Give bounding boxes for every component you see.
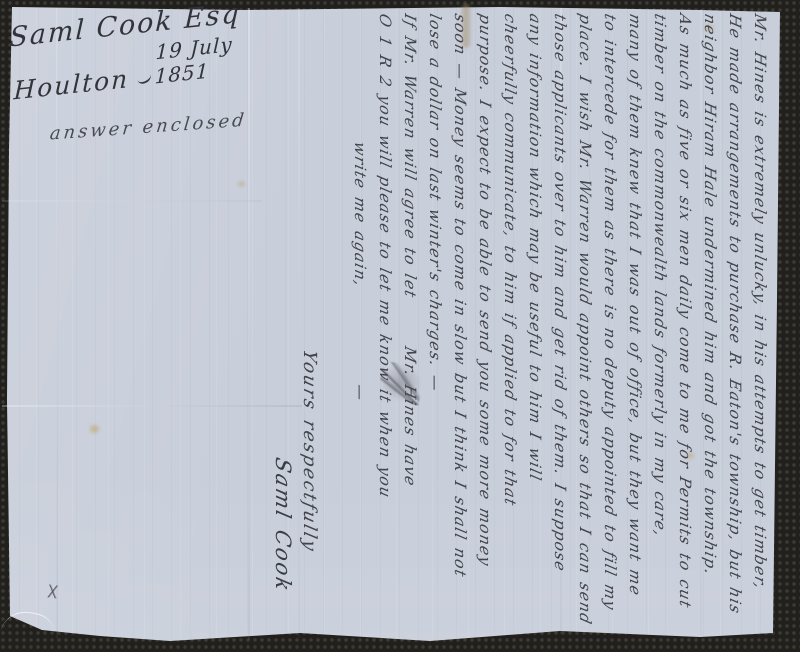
- fold-crease-horizontal: [2, 405, 302, 407]
- letter-line: any information which may be useful to h…: [520, 14, 545, 640]
- letter-line: place. I wish Mr. Warren would appoint o…: [570, 14, 595, 640]
- letter-line: lose a dollar on last winter's charges. …: [420, 14, 445, 640]
- letter-body: Mr. Hines is extremely unlucky, in his a…: [270, 14, 770, 640]
- letter-line: cheerfully communicate, to him if applie…: [495, 14, 520, 640]
- letter-line: purpose. I expect to be able to send you…: [470, 14, 495, 640]
- letter-line-text: lose a dollar on last winter's charges. …: [426, 12, 444, 394]
- letter-signature-text: Saml Cook: [271, 455, 295, 595]
- fold-crease-horizontal: [2, 200, 262, 202]
- letter-line: to intercede for them as there is no dep…: [595, 14, 620, 640]
- docket-place: Houlton: [13, 64, 130, 105]
- letter-line-text: those applicants over to him and get rid…: [551, 12, 569, 574]
- letter-line: many of them knew that I was out of offi…: [620, 14, 645, 640]
- letter-line-text: many of them knew that I was out of offi…: [626, 12, 644, 598]
- stain: [90, 425, 99, 433]
- scanned-letter: Saml Cook Esq Houlton 19 July 1851 answe…: [0, 0, 800, 652]
- letter-line: write me again, —: [345, 14, 370, 640]
- letter-line: those applicants over to him and get rid…: [545, 14, 570, 640]
- letter-line-text: soon — Money seems to come in slow but I…: [451, 12, 469, 579]
- letter-line: timber on the commonwealth lands formerl…: [645, 14, 670, 640]
- letter-line-text: place. I wish Mr. Warren would appoint o…: [576, 12, 594, 627]
- letter-line: If Mr. Warren will agree to let Mr. Hine…: [395, 14, 420, 640]
- letter-closing: Yours respectfully: [295, 14, 320, 640]
- letter-line: soon — Money seems to come in slow but I…: [445, 14, 470, 640]
- blank-line: [320, 14, 345, 640]
- letter-line-text: write me again, —: [351, 140, 369, 403]
- letter-signature: Saml Cook: [270, 14, 295, 640]
- letter-line-text: any information which may be useful to h…: [526, 12, 544, 483]
- letter-line: neighbor Hiram Hale undermined him and g…: [695, 14, 720, 640]
- letter-line-text: As much as five or six men daily come to…: [676, 12, 694, 610]
- letter-line-text: purpose. I expect to be able to send you…: [476, 12, 494, 569]
- letter-line: O 1 R 2 you will please to let me know i…: [370, 14, 395, 640]
- letter-closing-text: Yours respectfully: [299, 348, 320, 555]
- letter-line-text: He made arrangements to purchase R. Eato…: [726, 12, 744, 616]
- letter-line-text: neighbor Hiram Hale undermined him and g…: [701, 12, 719, 578]
- stain: [238, 181, 245, 187]
- letter-line: Mr. Hines is extremely unlucky, in his a…: [745, 14, 770, 640]
- letter-line-text: Mr. Hines is extremely unlucky, in his a…: [751, 12, 769, 592]
- letter-line: As much as five or six men daily come to…: [670, 14, 695, 640]
- letter-line: He made arrangements to purchase R. Eato…: [720, 14, 745, 640]
- letter-line-text: cheerfully communicate, to him if applie…: [501, 12, 519, 508]
- docket-date: 19 July 1851: [154, 27, 283, 91]
- letter-line-text: to intercede for them as there is no dep…: [601, 12, 619, 613]
- letter-line-text: O 1 R 2 you will please to let me know i…: [376, 12, 394, 500]
- ink-smudge: [377, 361, 425, 406]
- ink-scribble: [45, 584, 61, 599]
- letter-line-text: If Mr. Warren will agree to let Mr. Hine…: [401, 12, 419, 489]
- flourish-mark: [136, 68, 153, 86]
- docket: Saml Cook Esq Houlton 19 July 1851 answe…: [8, 0, 290, 152]
- letter-line-text: timber on the commonwealth lands formerl…: [651, 12, 669, 539]
